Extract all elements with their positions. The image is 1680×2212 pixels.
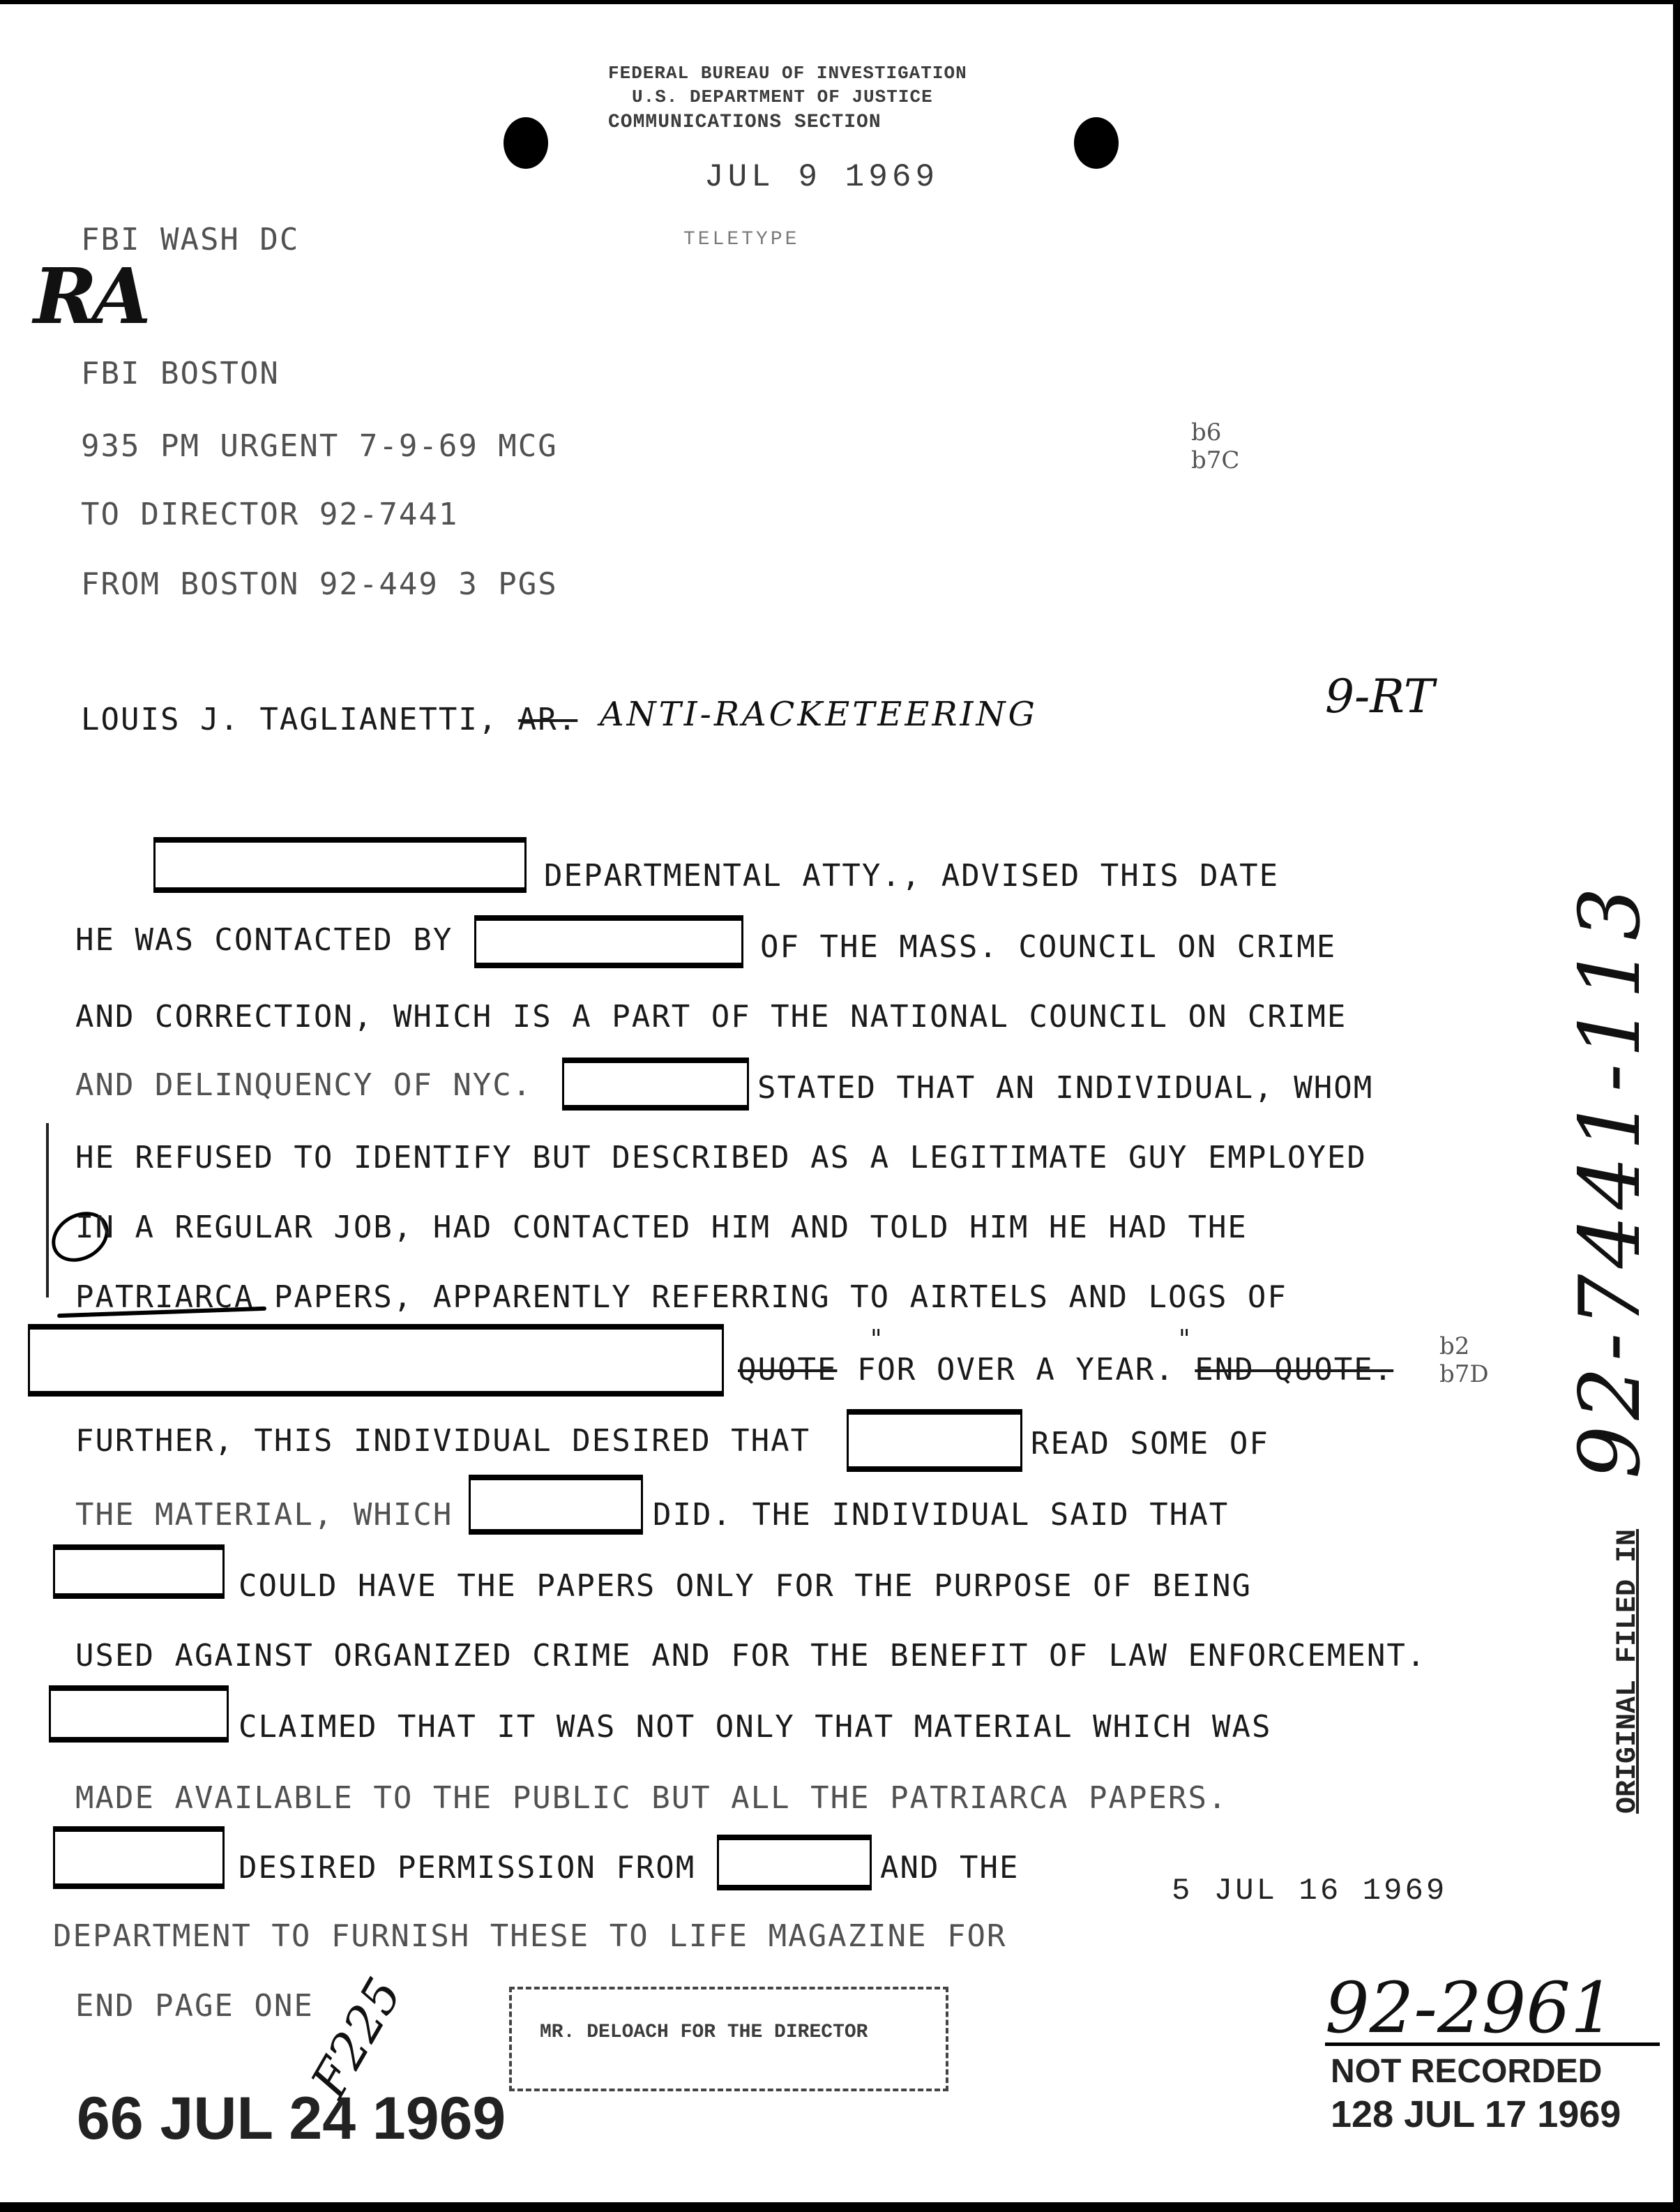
redaction-box <box>28 1324 724 1397</box>
exemption-code: b7D <box>1439 1360 1489 1388</box>
routing-stamp-box: MR. DELOACH FOR THE DIRECTOR <box>509 1987 948 2091</box>
punch-hole-left <box>504 117 548 169</box>
body-line: OF THE MASS. COUNCIL ON CRIME <box>760 929 1336 965</box>
to-director-line: TO DIRECTOR 92-7441 <box>81 497 458 532</box>
received-date-stamp: 5 JUL 16 1969 <box>1172 1874 1447 1909</box>
body-line: HE WAS CONTACTED BY <box>75 922 453 958</box>
exemption-code: b2 <box>1439 1332 1489 1360</box>
handwritten-initials: RA <box>33 251 146 341</box>
redaction-box <box>474 915 743 968</box>
stamp-section: COMMUNICATIONS SECTION <box>608 112 881 133</box>
redaction-box <box>53 1826 225 1889</box>
from-office-line: FBI BOSTON <box>81 356 280 391</box>
handwritten-quote-mark: " <box>1179 1325 1190 1354</box>
body-line: USED AGAINST ORGANIZED CRIME AND FOR THE… <box>75 1638 1426 1673</box>
margin-handwritten-mark: 9-RT <box>1325 670 1435 723</box>
end-quote-struck: END QUOTE. <box>1195 1352 1393 1387</box>
margin-bracket <box>46 1123 49 1297</box>
body-line: HE REFUSED TO IDENTIFY BUT DESCRIBED AS … <box>75 1140 1367 1175</box>
handwritten-file-number: 92-2961 <box>1325 1967 1615 2049</box>
redaction-box <box>717 1835 872 1890</box>
original-filed-in-stamp: ORIGINAL FILED IN <box>1612 1529 1644 1814</box>
exemption-code: b7C <box>1191 446 1239 474</box>
punch-hole-right <box>1074 117 1119 169</box>
not-recorded-stamp: NOT RECORDED <box>1331 2052 1602 2091</box>
stamp-department: U.S. DEPARTMENT OF JUSTICE <box>632 86 933 107</box>
recorded-date-stamp: 128 JUL 17 1969 <box>1331 2093 1621 2136</box>
body-line: DEPARTMENT TO FURNISH THESE TO LIFE MAGA… <box>53 1918 1007 1954</box>
bottom-date-stamp: 66 JUL 24 1969 <box>77 2084 506 2153</box>
quote-struck: QUOTE <box>738 1352 837 1387</box>
stamp-date: JUL 9 1969 <box>704 159 939 195</box>
stamp-rule <box>1325 2042 1660 2046</box>
body-line: STATED THAT AN INDIVIDUAL, WHOM <box>757 1070 1373 1106</box>
exemption-codes-top: b6 b7C <box>1191 419 1239 474</box>
redaction-box <box>469 1475 643 1535</box>
body-line: THE MATERIAL, WHICH <box>75 1497 453 1533</box>
teletype-document-page: FEDERAL BUREAU OF INVESTIGATION U.S. DEP… <box>0 0 1680 2212</box>
redaction-box <box>847 1409 1022 1472</box>
subject-name: LOUIS J. TAGLIANETTI, AR. <box>81 702 577 737</box>
body-line: CLAIMED THAT IT WAS NOT ONLY THAT MATERI… <box>239 1709 1272 1745</box>
body-line: DESIRED PERMISSION FROM <box>239 1850 695 1886</box>
scan-edge-right <box>1673 0 1680 2212</box>
body-line: FURTHER, THIS INDIVIDUAL DESIRED THAT <box>75 1423 810 1459</box>
stamp-teletype: TELETYPE <box>683 229 799 250</box>
body-line: MADE AVAILABLE TO THE PUBLIC BUT ALL THE… <box>75 1780 1227 1816</box>
body-line: END PAGE ONE <box>75 1988 314 2024</box>
body-line: AND DELINQUENCY OF NYC. <box>75 1067 532 1103</box>
subject-text: LOUIS J. TAGLIANETTI, <box>81 702 498 737</box>
body-line: IN A REGULAR JOB, HAD CONTACTED HIM AND … <box>75 1210 1248 1245</box>
body-text: FOR OVER A YEAR. <box>857 1352 1175 1387</box>
body-line: DEPARTMENTAL ATTY., ADVISED THIS DATE <box>544 858 1279 894</box>
body-line: READ SOME OF <box>1031 1426 1269 1461</box>
vertical-file-number: 92-7441-113 <box>1562 882 1659 1479</box>
priority-line: 935 PM URGENT 7-9-69 MCG <box>81 428 558 464</box>
redaction-box <box>153 837 527 893</box>
exemption-code: b6 <box>1191 419 1239 446</box>
body-line: QUOTE FOR OVER A YEAR. END QUOTE. <box>738 1352 1393 1387</box>
routing-stamp-text: MR. DELOACH FOR THE DIRECTOR <box>540 2022 868 2043</box>
handwritten-classification: ANTI-RACKETEERING <box>600 695 1038 734</box>
body-line: COULD HAVE THE PAPERS ONLY FOR THE PURPO… <box>239 1568 1252 1604</box>
subject-struck-code: AR. <box>518 702 577 737</box>
body-line: AND CORRECTION, WHICH IS A PART OF THE N… <box>75 999 1347 1034</box>
from-boston-line: FROM BOSTON 92-449 3 PGS <box>81 566 558 602</box>
body-line: AND THE <box>880 1850 1019 1886</box>
handwritten-quote-mark: " <box>870 1325 882 1354</box>
scan-edge-top <box>0 0 1680 7</box>
redaction-box <box>53 1544 225 1599</box>
redaction-box <box>562 1058 749 1111</box>
redaction-box <box>49 1685 229 1743</box>
stamp-agency: FEDERAL BUREAU OF INVESTIGATION <box>608 63 967 84</box>
scan-edge-bottom <box>0 2202 1680 2212</box>
body-line: DID. THE INDIVIDUAL SAID THAT <box>653 1497 1229 1533</box>
exemption-codes-middle: b2 b7D <box>1439 1332 1489 1388</box>
